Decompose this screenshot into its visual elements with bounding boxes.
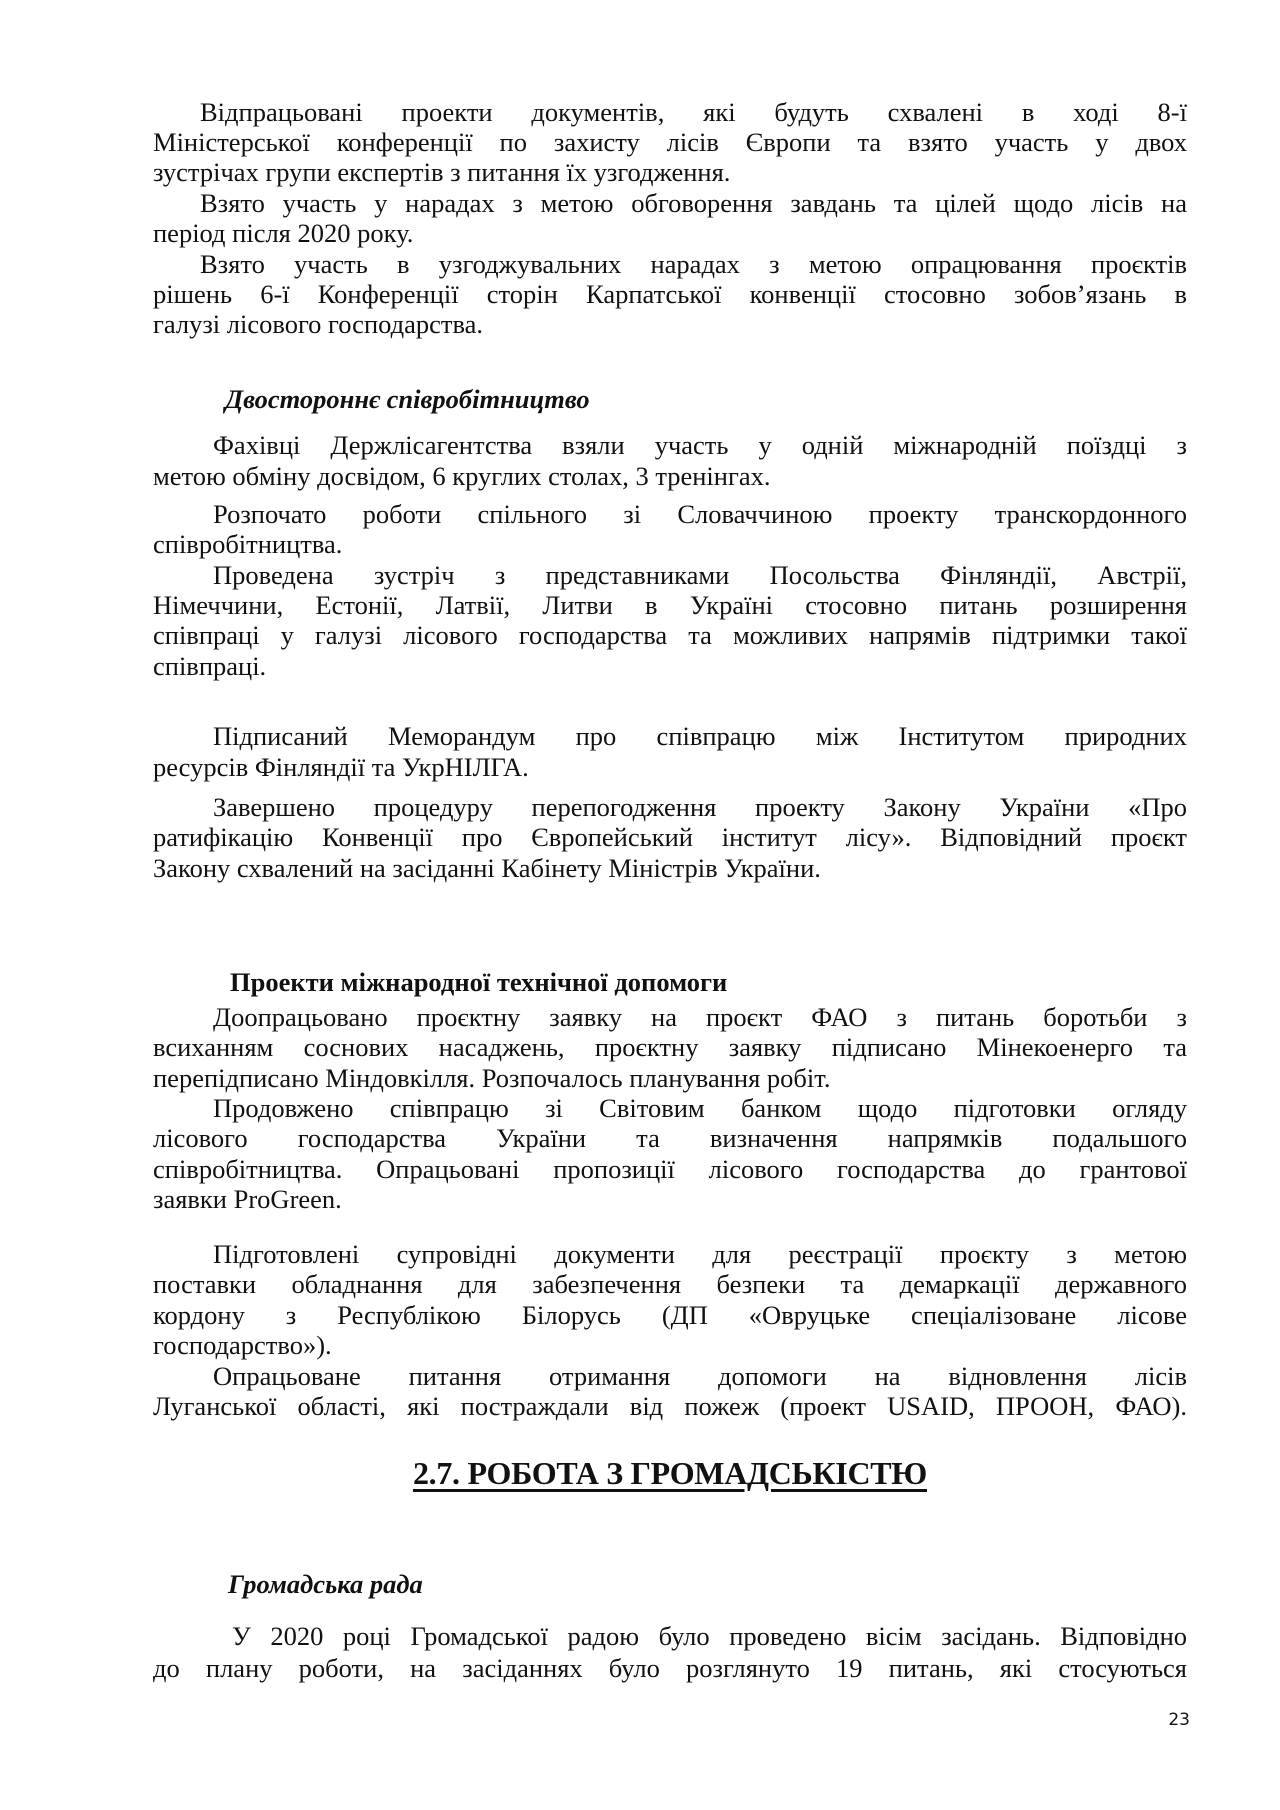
paragraph-line: Німеччини, Естонії, Латвії, Литви в Укра… [153,590,1187,620]
section-title-text: 2.7. РОБОТА З ГРОМАДСЬКІСТЮ [413,1455,927,1491]
paragraph-line: перепідписано Міндовкілля. Розпочалось п… [153,1063,830,1093]
paragraph-line: період після 2020 року. [153,218,413,248]
paragraph-line: Міністерської конференції по захисту ліс… [153,127,1187,157]
paragraph-line: Підписаний Меморандум про співпрацю між … [213,721,1187,751]
paragraph-line: Розпочато роботи спільного зі Словаччино… [213,499,1187,529]
paragraph-line: Луганської області, які постраждали від … [153,1391,1187,1421]
paragraph-line: співробітництва. Опрацьовані пропозиції … [153,1154,1187,1184]
paragraph-line: співпраці. [153,651,266,681]
paragraph-line: Проведена зустріч з представниками Посол… [213,560,1187,590]
paragraph-line: галузі лісового господарства. [153,309,483,339]
paragraph-line: Закону схвалений на засіданні Кабінету М… [153,853,821,883]
paragraph-line: Завершено процедуру перепогодження проек… [213,792,1187,822]
paragraph-line: метою обміну досвідом, 6 круглих столах,… [153,461,770,491]
paragraph-line: до плану роботи, на засіданнях було розг… [153,1653,1187,1683]
paragraph-line: господарство»). [153,1330,332,1360]
paragraph-line: лісового господарства України та визначе… [153,1123,1187,1153]
paragraph-line: ратифікацію Конвенції про Європейський і… [153,822,1187,852]
paragraph-line: рішень 6-ї Конференції сторін Карпатсько… [153,279,1187,309]
paragraph-line: Опрацьоване питання отримання допомоги н… [213,1361,1187,1391]
paragraph-line: Продовжено співпрацю зі Світовим банком … [213,1093,1187,1123]
paragraph-line: Відпрацьовані проекти документів, які бу… [200,97,1187,127]
paragraph-line: всиханням соснових насаджень, проєктну з… [153,1032,1187,1062]
subheading-technical-assistance: Проекти міжнародної технічної допомоги [230,967,727,997]
paragraph-line: Підготовлені супровідні документи для ре… [213,1239,1187,1269]
paragraph-line: заявки ProGreen. [153,1184,342,1214]
paragraph-line: співпраці у галузі лісового господарства… [153,620,1187,650]
section-title: 2.7. РОБОТА З ГРОМАДСЬКІСТЮ [153,1455,1187,1491]
paragraph-line: Взято участь в узгоджувальних нарадах з … [200,249,1187,279]
paragraph-line: поставки обладнання для забезпечення без… [153,1269,1187,1299]
paragraph-line: Фахівці Держлісагентства взяли участь у … [213,430,1187,460]
document-page: Відпрацьовані проекти документів, які бу… [0,0,1280,1810]
paragraph-line: зустрічах групи експертів з питання їх у… [153,157,730,187]
paragraph-line: Доопрацьовано проєктну заявку на проєкт … [213,1002,1187,1032]
subheading-bilateral-cooperation: Двостороннє співробітництво [225,384,590,414]
page-number: 23 [1160,1710,1190,1730]
subheading-public-council: Громадська рада [228,1569,423,1599]
paragraph-line: У 2020 році Громадської радою було прове… [232,1621,1187,1651]
paragraph-line: співробітництва. [153,529,342,559]
paragraph-line: кордону з Республікою Білорусь (ДП «Овру… [153,1300,1187,1330]
paragraph-line: ресурсів Фінляндії та УкрНІЛГА. [153,752,529,782]
paragraph-line: Взято участь у нарадах з метою обговорен… [200,188,1187,218]
